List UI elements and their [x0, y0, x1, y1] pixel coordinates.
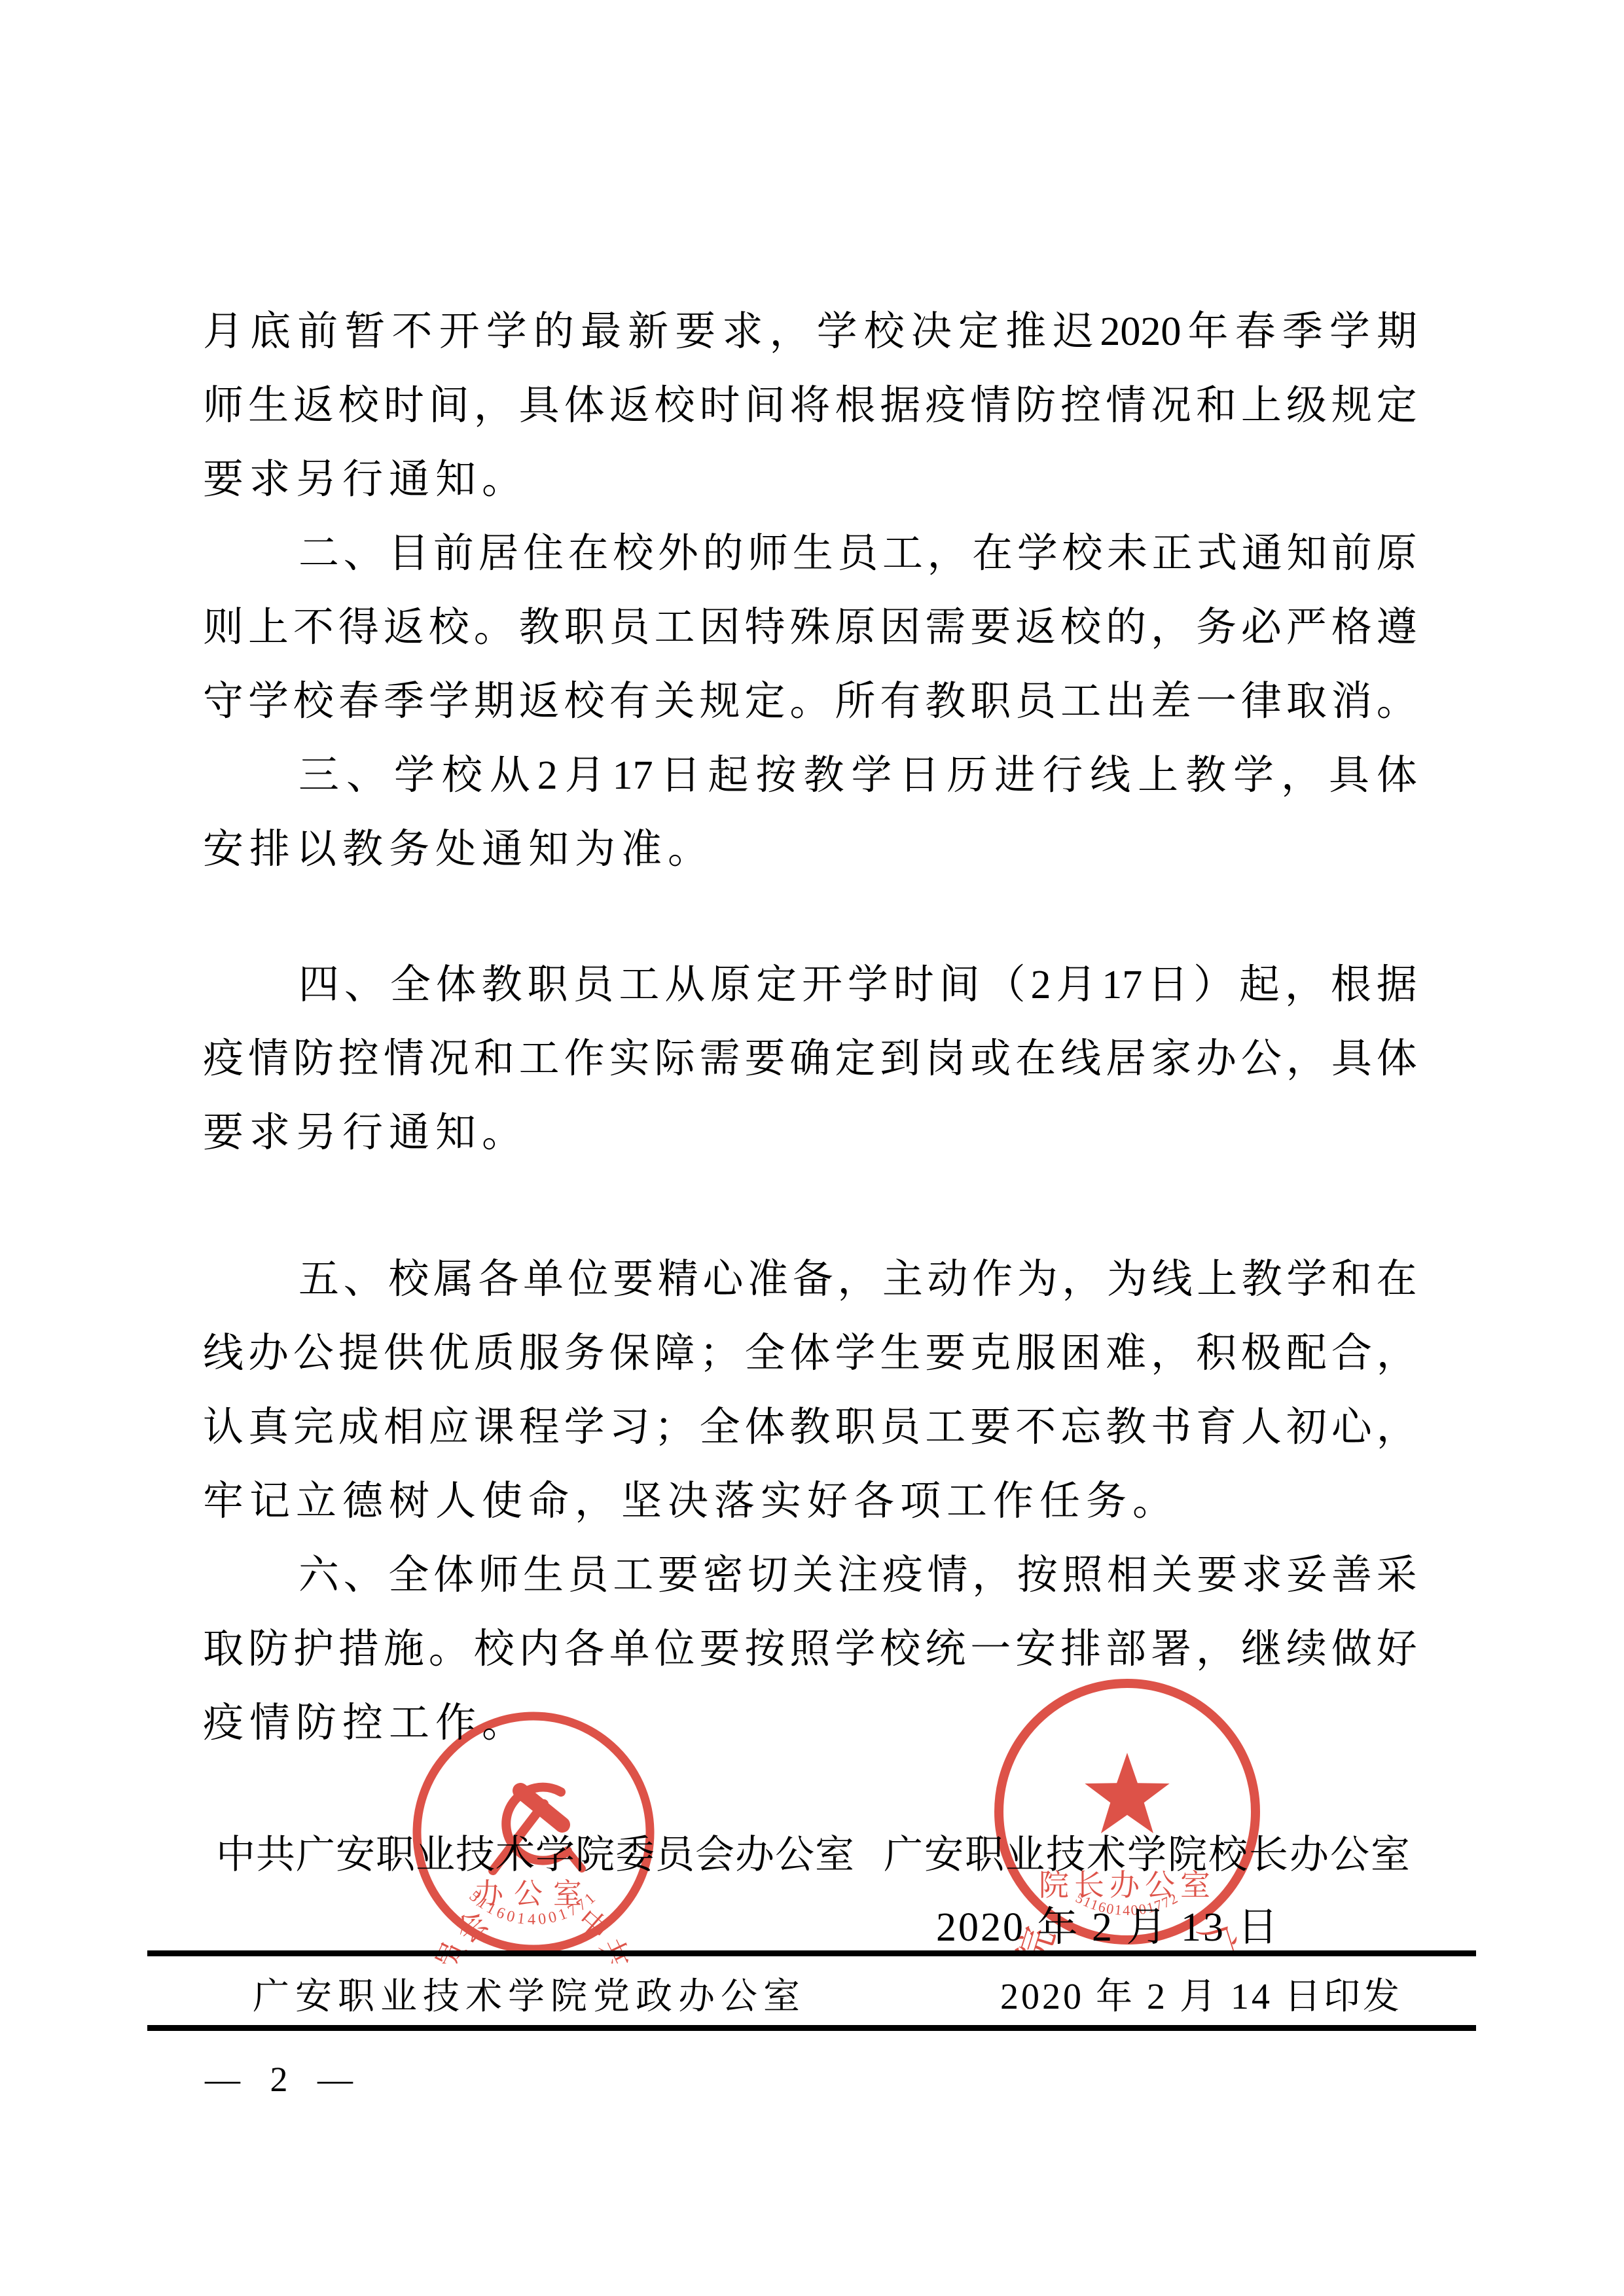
- seal-graphic: 广安职业技术学院院长办公室5116014001772: [983, 1668, 1271, 1956]
- body-char: 原: [1377, 531, 1417, 577]
- body-char: 要: [613, 1257, 653, 1302]
- document-page: 月底前暂不开学的最新要求，学校决定推迟2020年春季学期师生返校时间，具体返校时…: [0, 0, 1624, 2296]
- body-char: 差: [1151, 679, 1191, 725]
- body-char: 、: [344, 962, 385, 1008]
- body-char: 必: [1241, 605, 1282, 651]
- body-char: ，: [1281, 753, 1322, 798]
- body-char: 定: [756, 962, 797, 1008]
- body-char: 目: [388, 531, 429, 577]
- body-char: 况: [429, 1036, 469, 1082]
- body-char: 防: [248, 1626, 289, 1672]
- body-char: 迟: [1053, 309, 1093, 355]
- body-char: 时: [384, 383, 424, 429]
- body-line: 则上不得返校。教职员工因特殊原因需要返校的，务必严格遵: [203, 605, 1417, 651]
- body-char: ，: [1151, 1331, 1191, 1376]
- body-char: 校: [1060, 605, 1101, 651]
- body-char: 根: [1331, 962, 1371, 1008]
- body-char: 全: [699, 1405, 740, 1450]
- body-char: 最: [581, 309, 621, 355]
- body-char: 善: [1331, 1552, 1372, 1598]
- body-char: 校: [864, 309, 905, 355]
- body-char: 员: [880, 1405, 920, 1450]
- body-char: 员: [573, 962, 613, 1008]
- body-char: 按: [1017, 1552, 1058, 1598]
- party-committee-office-seal: 中共广安职业技术学院委员会办公室5116014001771: [403, 1702, 664, 1964]
- body-char: 季: [384, 679, 424, 725]
- body-char: 所: [835, 679, 875, 725]
- body-char: ；: [655, 1405, 695, 1450]
- body-char: （: [985, 962, 1026, 1008]
- body-char: 师: [748, 531, 788, 577]
- body-char: 学: [817, 309, 857, 355]
- body-char: 春: [338, 679, 379, 725]
- body-char: 注: [837, 1552, 878, 1598]
- body-char: 教: [519, 605, 560, 651]
- body-char: 控: [338, 1036, 379, 1082]
- body-char: 具: [1329, 753, 1369, 798]
- body-char: 合: [1331, 1331, 1372, 1376]
- body-char: 返: [519, 679, 560, 725]
- body-char: 间: [744, 383, 785, 429]
- body-char: 月: [203, 309, 244, 355]
- body-char: 间: [429, 383, 469, 429]
- body-char: 因: [699, 605, 740, 651]
- body-char: 实: [609, 1036, 650, 1082]
- body-char: 的: [533, 309, 574, 355]
- body-line: 六、全体师生员工要密切关注疫情，按照相关要求妥善采: [298, 1552, 1417, 1598]
- body-line: 牢记立德树人使命，坚决落实好各项工作任务。: [203, 1479, 1179, 1524]
- body-char: 据: [880, 383, 920, 429]
- body-char: 疫: [203, 1036, 244, 1082]
- body-char: 校: [293, 679, 334, 725]
- body-char: 做: [1331, 1626, 1372, 1672]
- body-char: 、: [344, 1257, 384, 1302]
- body-char: 情: [384, 1036, 424, 1082]
- body-char: 教: [1185, 753, 1226, 798]
- body-char: 全: [388, 1552, 429, 1598]
- body-char: 三: [298, 753, 339, 798]
- body-char: 校: [1062, 531, 1102, 577]
- body-char: 体: [564, 383, 605, 429]
- body-char: 规: [699, 679, 740, 725]
- body-char: 通: [1242, 531, 1282, 577]
- body-char: 体: [436, 962, 477, 1008]
- body-char: ，: [972, 1552, 1013, 1598]
- body-char: 部: [1106, 1626, 1146, 1672]
- body-char: ，: [1196, 1626, 1236, 1672]
- body-char: 确: [789, 1036, 830, 1082]
- body-char: 校: [442, 753, 482, 798]
- body-char: 公: [1241, 1036, 1282, 1082]
- body-char: ，: [1151, 605, 1191, 651]
- body-char: 单: [523, 1257, 564, 1302]
- body-char: 。: [1377, 679, 1417, 725]
- body-char: 学: [486, 309, 527, 355]
- body-char: 行: [1042, 753, 1083, 798]
- body-char: 要: [925, 1331, 965, 1376]
- body-char: ，: [1286, 1036, 1327, 1082]
- body-char: 取: [203, 1626, 244, 1672]
- body-char: 教: [789, 1405, 830, 1450]
- body-char: 工: [519, 1036, 560, 1082]
- body-char: 疫: [925, 383, 965, 429]
- body-char: 疫: [882, 1552, 923, 1598]
- body-char: 统: [925, 1626, 965, 1672]
- seal-center-label: 院长办公室: [1039, 1869, 1216, 1902]
- body-char: 。: [474, 605, 514, 651]
- body-char: 好: [1377, 1626, 1417, 1672]
- body-char: 不: [293, 605, 334, 651]
- body-char: 供: [384, 1331, 424, 1376]
- body-char: 关: [793, 1552, 833, 1598]
- body-char: 内: [519, 1626, 560, 1672]
- body-char: 校: [388, 1257, 429, 1302]
- body-char: 守: [203, 679, 244, 725]
- body-char: 务: [564, 1331, 605, 1376]
- body-line: 要求另行通知。: [203, 457, 528, 503]
- body-char: 全: [390, 962, 431, 1008]
- body-char: ，: [928, 531, 968, 577]
- body-char: 家: [1151, 1036, 1191, 1082]
- body-char: 保: [609, 1331, 650, 1376]
- body-char: 要: [970, 605, 1011, 651]
- body-char: 习: [609, 1405, 650, 1450]
- body-char: 线: [203, 1331, 244, 1376]
- body-char: 工: [882, 531, 923, 577]
- body-char: 间: [939, 962, 980, 1008]
- body-char: 教: [482, 962, 522, 1008]
- body-char: 的: [1106, 605, 1146, 651]
- body-char: 。: [429, 1626, 469, 1672]
- body-char: 工: [655, 605, 695, 651]
- body-char: 关: [1152, 1552, 1193, 1598]
- body-char: 备: [793, 1257, 833, 1302]
- body-char: 属: [433, 1257, 474, 1302]
- body-char: 居: [1106, 1036, 1146, 1082]
- body-char: 优: [429, 1331, 469, 1376]
- body-char: 住: [523, 531, 564, 577]
- body-char: 护: [293, 1626, 334, 1672]
- body-char: 完: [293, 1405, 334, 1450]
- body-char: 春: [1235, 309, 1276, 355]
- body-char: ，: [837, 1257, 878, 1302]
- body-line: 线办公提供优质服务保障；全体学生要克服困难，积极配合，: [203, 1331, 1417, 1376]
- body-line: 认真完成相应课程学习；全体教职员工要不忘教书育人初心，: [203, 1405, 1417, 1450]
- body-char: 师: [478, 1552, 518, 1598]
- body-char: 真: [248, 1405, 289, 1450]
- body-char: 到: [880, 1036, 920, 1082]
- body-char: 时: [893, 962, 934, 1008]
- body-char: 求: [722, 309, 763, 355]
- body-char: 书: [1151, 1405, 1191, 1450]
- body-char: 教: [1106, 1405, 1146, 1450]
- body-char: 律: [1241, 679, 1282, 725]
- body-char: 上: [1138, 753, 1178, 798]
- body-char: 要: [1197, 1552, 1237, 1598]
- body-char: 学: [1233, 753, 1274, 798]
- body-char: 相: [384, 1405, 424, 1450]
- body-line: 安排以教务处通知为准。: [203, 827, 714, 872]
- body-char: 工: [1060, 679, 1101, 725]
- body-char: 密: [702, 1552, 743, 1598]
- body-char: 员: [609, 605, 650, 651]
- body-char: 办: [248, 1331, 289, 1376]
- body-char: 五: [298, 1257, 339, 1302]
- body-char: 级: [1286, 383, 1327, 429]
- body-char: 员: [1015, 679, 1056, 725]
- body-char: 历: [947, 753, 987, 798]
- body-char: 工: [613, 1552, 653, 1598]
- body-char: 照: [789, 1626, 830, 1672]
- body-char: 教: [1242, 1257, 1282, 1302]
- body-char: 、: [346, 753, 387, 798]
- body-char: 期: [1377, 309, 1417, 355]
- body-char: 推: [1005, 309, 1046, 355]
- body-char: ，: [474, 383, 514, 429]
- body-char: 取: [1286, 679, 1327, 725]
- body-char: 格: [1331, 605, 1372, 651]
- body-char: 课: [474, 1405, 514, 1450]
- body-char: 月: [565, 753, 605, 798]
- body-char: 施: [384, 1626, 424, 1672]
- body-char: 从: [490, 753, 530, 798]
- body-char: 作: [564, 1036, 605, 1082]
- body-char: 难: [1106, 1331, 1146, 1376]
- body-char: 一: [970, 1626, 1011, 1672]
- body-char: 殊: [789, 605, 830, 651]
- body-char: 返: [1015, 605, 1056, 651]
- body-char: 特: [744, 605, 785, 651]
- body-char: 不: [1015, 1405, 1056, 1450]
- body-char: 生: [523, 1552, 564, 1598]
- body-char: 时: [699, 383, 740, 429]
- body-char: 各: [564, 1626, 605, 1672]
- body-char: 2: [1031, 962, 1051, 1008]
- body-char: 成: [338, 1405, 379, 1450]
- body-char: 职: [564, 605, 605, 651]
- body-char: 情: [248, 1036, 289, 1082]
- body-char: 障: [655, 1331, 695, 1376]
- page-number: — 2 —: [205, 2059, 363, 2100]
- body-char: 积: [1196, 1331, 1236, 1376]
- body-char: 开: [439, 309, 480, 355]
- body-char: 在: [1377, 1257, 1417, 1302]
- body-char: 日: [1147, 962, 1188, 1008]
- body-char: 一: [1196, 679, 1236, 725]
- body-char: 消: [1331, 679, 1372, 725]
- body-char: 学: [1329, 309, 1370, 355]
- body-char: 具: [519, 383, 560, 429]
- body-char: 排: [1060, 1626, 1101, 1672]
- body-char: 提: [338, 1331, 379, 1376]
- body-char: 在: [1015, 1036, 1056, 1082]
- body-char: 控: [1060, 383, 1101, 429]
- body-char: 忘: [1060, 1405, 1101, 1450]
- body-char: 返: [384, 605, 424, 651]
- body-char: ；: [699, 1331, 740, 1376]
- body-char: 遵: [1377, 605, 1417, 651]
- body-char: 位: [568, 1257, 609, 1302]
- body-char: 学: [394, 753, 435, 798]
- body-char: 上: [1197, 1257, 1237, 1302]
- body-char: 主: [882, 1257, 923, 1302]
- body-char: 将: [789, 383, 830, 429]
- body-char: 六: [298, 1552, 339, 1598]
- footer-print-date: 2020 年 2 月 14 日印发: [1000, 1967, 1402, 2020]
- body-char: 或: [970, 1036, 1011, 1082]
- body-char: 期: [474, 679, 514, 725]
- body-char: 心: [702, 1257, 743, 1302]
- body-char: 有: [880, 679, 920, 725]
- body-char: 学: [835, 1331, 875, 1376]
- body-char: 配: [1286, 1331, 1327, 1376]
- body-char: 关: [655, 679, 695, 725]
- body-char: 得: [338, 605, 379, 651]
- body-char: 、: [344, 1552, 384, 1598]
- body-char: 线: [1090, 753, 1130, 798]
- body-char: 动: [928, 1257, 968, 1302]
- body-char: 2020: [1100, 309, 1181, 355]
- body-char: 学: [248, 679, 289, 725]
- body-char: 返: [609, 383, 650, 429]
- body-char: 、: [344, 531, 384, 577]
- body-char: 校: [474, 1626, 514, 1672]
- body-char: 体: [1377, 1036, 1417, 1082]
- body-char: 开: [802, 962, 842, 1008]
- body-char: 前: [1331, 531, 1372, 577]
- body-char: 要: [970, 1405, 1011, 1450]
- body-char: 式: [1197, 531, 1237, 577]
- body-char: 校: [880, 1626, 920, 1672]
- body-char: 防: [293, 1036, 334, 1082]
- body-char: 各: [478, 1257, 518, 1302]
- body-char: 根: [835, 383, 875, 429]
- body-char: 服: [519, 1331, 560, 1376]
- body-char: 生: [793, 531, 833, 577]
- body-char: 公: [293, 1331, 334, 1376]
- body-char: 要: [699, 1626, 740, 1672]
- body-line: 五、校属各单位要精心准备，主动作为，为线上教学和在: [298, 1257, 1417, 1302]
- footer-divider-top: [147, 1950, 1476, 1956]
- body-char: 有: [609, 679, 650, 725]
- body-char: 生: [248, 383, 289, 429]
- body-char: 体: [1377, 753, 1417, 798]
- body-char: 17: [613, 753, 653, 798]
- body-char: 师: [203, 383, 244, 429]
- body-char: 人: [1241, 1405, 1282, 1450]
- body-char: 不: [392, 309, 433, 355]
- body-line: 取防护措施。校内各单位要按照学校统一安排部署，继续做好: [203, 1626, 1417, 1672]
- body-char: 为: [1107, 1257, 1147, 1302]
- body-char: 居: [478, 531, 518, 577]
- body-char: 采: [1377, 1552, 1417, 1598]
- star-icon: [1085, 1753, 1169, 1833]
- body-char: 新: [628, 309, 668, 355]
- body-char: 相: [1107, 1552, 1147, 1598]
- body-char: 据: [1377, 962, 1417, 1008]
- body-char: 校: [564, 679, 605, 725]
- body-char: ）: [1193, 962, 1234, 1008]
- body-char: 校: [613, 531, 653, 577]
- body-char: 学: [429, 679, 469, 725]
- body-char: 定: [744, 679, 785, 725]
- body-char: 教: [925, 679, 965, 725]
- body-char: 学: [835, 1626, 875, 1672]
- body-char: 体: [433, 1552, 474, 1598]
- body-char: 原: [710, 962, 751, 1008]
- body-line: 月底前暂不开学的最新要求，学校决定推迟2020年春季学期: [203, 309, 1417, 355]
- body-char: 则: [203, 605, 244, 651]
- body-char: 初: [1286, 1405, 1327, 1450]
- body-char: 暂: [344, 309, 385, 355]
- body-char: 上: [248, 605, 289, 651]
- body-char: 规: [1331, 383, 1372, 429]
- body-char: 全: [744, 1331, 785, 1376]
- body-line: 三、学校从2月17日起按教学日历进行线上教学，具体: [298, 753, 1417, 798]
- body-char: 原: [835, 605, 875, 651]
- body-char: 和: [1331, 1257, 1372, 1302]
- body-char: 线: [1152, 1257, 1193, 1302]
- body-char: 继: [1241, 1626, 1282, 1672]
- body-char: 定: [1377, 383, 1417, 429]
- body-char: 定: [958, 309, 999, 355]
- body-char: 出: [1106, 679, 1146, 725]
- body-char: 困: [1060, 1331, 1101, 1376]
- body-char: 照: [1062, 1552, 1102, 1598]
- body-char: 岗: [925, 1036, 965, 1082]
- body-char: 外: [658, 531, 698, 577]
- body-char: 校: [429, 605, 469, 651]
- body-char: 日: [660, 753, 701, 798]
- body-char: 职: [528, 962, 568, 1008]
- body-char: 为: [1017, 1257, 1058, 1302]
- body-char: 和: [474, 1036, 514, 1082]
- body-char: 教: [803, 753, 844, 798]
- body-char: 员: [568, 1552, 609, 1598]
- body-char: ，: [770, 309, 810, 355]
- body-char: 极: [1241, 1331, 1282, 1376]
- body-line: 师生返校时间，具体返校时间将根据疫情防控情况和上级规定: [203, 383, 1417, 429]
- body-char: 定: [835, 1036, 875, 1082]
- body-char: 。: [789, 679, 830, 725]
- body-char: 在: [972, 531, 1013, 577]
- body-char: 日: [899, 753, 939, 798]
- body-char: 作: [972, 1257, 1013, 1302]
- body-char: 措: [338, 1626, 379, 1672]
- body-char: 起: [1239, 962, 1280, 1008]
- body-char: 需: [699, 1036, 740, 1082]
- body-char: ，: [1377, 1405, 1417, 1450]
- body-char: 克: [970, 1331, 1011, 1376]
- body-char: ，: [1377, 1331, 1417, 1376]
- body-char: 学: [564, 1405, 605, 1450]
- body-char: 学: [851, 753, 892, 798]
- body-char: 四: [298, 962, 339, 1008]
- body-char: 学: [1017, 531, 1058, 577]
- body-char: 需: [925, 605, 965, 651]
- body-char: 具: [1331, 1036, 1372, 1082]
- body-line: 二、目前居住在校外的师生员工，在学校未正式通知前原: [298, 531, 1417, 577]
- body-char: 防: [1015, 383, 1056, 429]
- body-char: 按: [756, 753, 797, 798]
- body-char: 要: [658, 1552, 698, 1598]
- body-char: 职: [835, 1405, 875, 1450]
- body-char: 要: [744, 1036, 785, 1082]
- body-char: 决: [911, 309, 952, 355]
- body-char: 的: [702, 531, 743, 577]
- body-char: 学: [848, 962, 888, 1008]
- body-char: 单: [609, 1626, 650, 1672]
